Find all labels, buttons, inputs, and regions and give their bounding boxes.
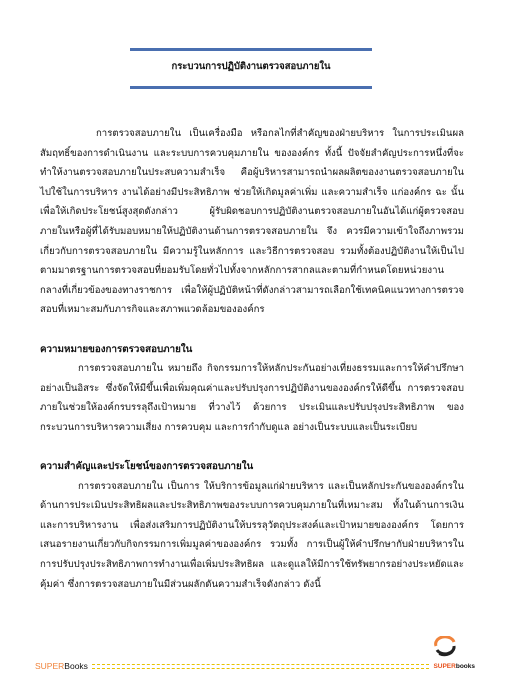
logo-text-super: SUPER: [433, 663, 455, 670]
spacer: [40, 320, 464, 340]
document-body: การตรวจสอบภายใน เป็นเครื่องมือ หรือกลไกท…: [40, 124, 464, 594]
section-heading-importance: ความสำคัญและประโยชน์ของการตรวจสอบภายใน: [40, 457, 464, 477]
title-rule-top: [130, 48, 372, 51]
title-rule-bottom: [130, 86, 372, 89]
page-footer: SUPERBooks SUPERbooks: [35, 659, 475, 673]
intro-paragraph: การตรวจสอบภายใน เป็นเครื่องมือ หรือกลไกท…: [40, 124, 464, 320]
superbooks-logo-icon: [432, 636, 458, 660]
footer-divider: [92, 664, 430, 669]
section-heading-definition: ความหมายของการตรวจสอบภายใน: [40, 340, 464, 360]
section-body-definition: การตรวจสอบภายใน หมายถึง กิจกรรมการให้หลั…: [40, 359, 464, 437]
footer-brand-books: Books: [64, 661, 88, 671]
spacer: [40, 438, 464, 458]
footer-brand-super: SUPER: [35, 661, 64, 671]
logo-text-books: books: [456, 663, 475, 670]
section-body-importance: การตรวจสอบภายใน เป็นการ ให้บริการข้อมูลแ…: [40, 477, 464, 595]
document-title: กระบวนการปฏิบัติงานตรวจสอบภายใน: [130, 60, 372, 74]
